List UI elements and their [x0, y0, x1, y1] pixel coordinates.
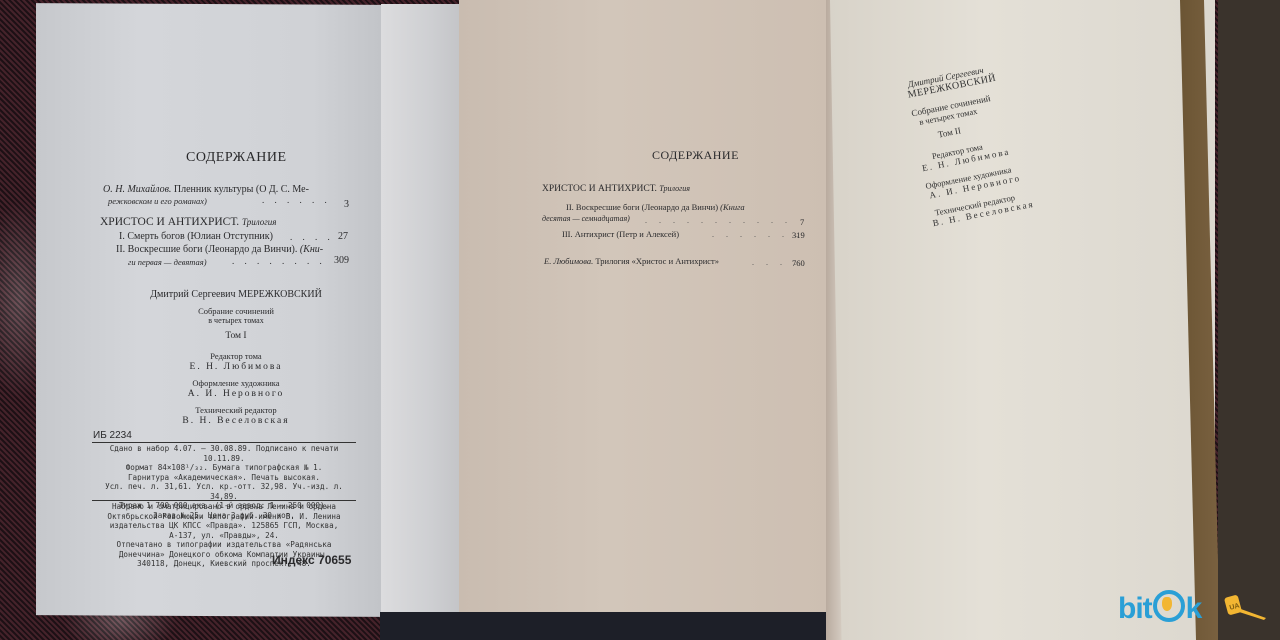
imprint-line: Усл. печ. л. 31,61. Усл. кр.-отт. 32,98.…: [92, 482, 356, 501]
v2-entry-0-page: 7: [800, 217, 804, 227]
v1-leader-dots: . . . .: [290, 232, 334, 242]
v1-heading: ХРИСТОС И АНТИХРИСТ. Трилогия: [100, 216, 276, 228]
v1-entry-2-page: 27: [338, 231, 348, 242]
imprint-line: Формат 84×108¹/₃₂. Бумага типографская №…: [92, 463, 356, 473]
v2-heading-main: ХРИСТОС И АНТИХРИСТ.: [542, 184, 657, 194]
v1-editor-name: Е. Н. Любимова: [116, 362, 356, 372]
v2-entry-2-author: Е. Любимова.: [544, 256, 593, 266]
v1-entry-3-line2: ги первая — девятая): [128, 257, 207, 267]
v1-entry-3-page: 309: [334, 255, 349, 266]
v2-entry-0-title: II. Воскресшие боги (Леонардо да Винчи): [566, 202, 718, 212]
v1-entry-3: II. Воскресшие боги (Леонардо да Винчи).…: [116, 244, 323, 255]
gavel-icon: UA: [1222, 592, 1268, 622]
v1-tech-name: В. Н. Веселовская: [116, 416, 356, 426]
printer-line: Набрано и сматрицировано в ордена Ленина…: [92, 502, 356, 512]
v1-heading-italic: Трилогия: [242, 217, 277, 227]
imprint-line: Сдано в набор 4.07. — 30.08.89. Подписан…: [92, 444, 356, 463]
volume2-contents-page: [459, 0, 829, 612]
v1-ib-number: ИБ 2234: [93, 430, 132, 441]
v1-design-name: А. И. Неровного: [116, 389, 356, 399]
volume1-page-edge: [381, 4, 459, 616]
v2-entry-0: II. Воскресшие боги (Леонардо да Винчи) …: [566, 202, 745, 212]
v1-tech-label: Технический редактор: [116, 405, 356, 415]
v1-entry-0-title: Пленник культуры (О Д. С. Ме-: [174, 184, 309, 195]
book-cover-edge: [380, 612, 880, 640]
v1-editor-label: Редактор тома: [116, 351, 356, 361]
printer-line: издательства ЦК КПСС «Правда». 125865 ГС…: [92, 521, 356, 531]
v2-entry-2: Е. Любимова. Трилогия «Христос и Антихри…: [544, 256, 719, 266]
background-shadow: [1218, 0, 1280, 640]
v1-entry-2: I. Смерть богов (Юлиан Отступник): [119, 231, 273, 242]
v1-contents-title: СОДЕРЖАНИЕ: [186, 150, 287, 166]
v1-leader-dots: . . . . . .: [262, 195, 331, 205]
v1-index: Индекс 70655: [272, 553, 351, 567]
v1-leader-dots: . . . . . . . .: [232, 256, 326, 266]
v1-collection2: в четырех томах: [116, 316, 356, 325]
rule: [92, 500, 356, 501]
v2-leader-dots: . . . . . . .: [712, 230, 803, 239]
v2-heading-italic: Трилогия: [659, 184, 690, 193]
v2-leader-dots: . . . . . . . . . . .: [645, 216, 792, 225]
v1-entry-3-title: II. Воскресшие боги (Леонардо да Винчи).: [116, 244, 297, 255]
v2-entry-0-italic: (Книга: [720, 202, 745, 212]
logo-text-prefix: bit: [1118, 592, 1152, 625]
v2-entry-0-line2: десятая — семнадцатая): [542, 214, 630, 223]
printer-line: А-137, ул. «Правды», 24.: [92, 531, 356, 541]
v2-entry-1-page: 319: [792, 230, 805, 240]
v2-entry-2-title: Трилогия «Христос и Антихрист»: [595, 256, 719, 266]
v1-design-label: Оформление художника: [116, 378, 356, 388]
v1-collection: Собрание сочинений: [116, 306, 356, 316]
v1-entry-0-line2: режковском и его романах): [108, 196, 207, 206]
v1-entry-0-author: О. Н. Михайлов.: [103, 184, 171, 195]
printer-line: Отпечатано в типографии издательства «Ра…: [92, 540, 356, 550]
v1-entry-0: О. Н. Михайлов. Пленник культуры (О Д. С…: [103, 184, 309, 195]
logo-text-suffix: k: [1186, 592, 1202, 625]
v1-volume: Том I: [116, 331, 356, 341]
printer-line: Октябрьской Революции типографии имени В…: [92, 512, 356, 522]
v2-entry-2-page: 760: [792, 258, 805, 268]
v2-contents-title: СОДЕРЖАНИЕ: [652, 148, 739, 163]
v1-entry-3-italic: (Кни-: [300, 244, 323, 255]
v2-heading: ХРИСТОС И АНТИХРИСТ. Трилогия: [542, 184, 690, 194]
imprint-line: Гарнитура «Академическая». Печать высока…: [92, 473, 356, 483]
v2-entry-1: III. Антихрист (Петр и Алексей): [562, 229, 679, 239]
v1-heading-main: ХРИСТОС И АНТИХРИСТ.: [100, 216, 239, 228]
v2-title-block: Дмитрий Сергеевич МЕРЕЖКОВСКИЙ Собрание …: [905, 51, 1081, 228]
watermark-logo: bitk: [1118, 590, 1201, 626]
rule: [92, 442, 356, 443]
v1-author-line: Дмитрий Сергеевич МЕРЕЖКОВСКИЙ: [116, 289, 356, 300]
v1-entry-0-page: 3: [344, 199, 349, 210]
ok-hand-icon: [1153, 590, 1185, 622]
